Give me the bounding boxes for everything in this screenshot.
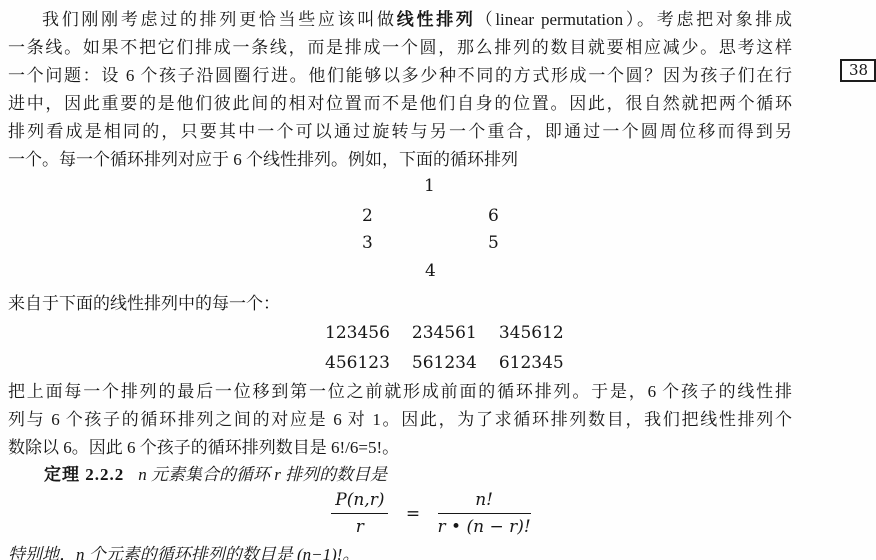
circle-position-top: 1 bbox=[424, 176, 435, 196]
theorem-label: 定理 2.2.2 bbox=[44, 465, 124, 484]
para1-line-6: 一个。每一个循环排列对应于 6 个线性排列。例如，下面的循环排列 bbox=[8, 146, 792, 174]
permutation-value: 123456 bbox=[325, 323, 390, 343]
circle-position-lower-left: 3 bbox=[362, 233, 373, 253]
para1-line-1: 我们刚刚考虑过的排列更恰当些应该叫做线性排列（linear permutatio… bbox=[8, 6, 792, 34]
circular-permutation-diagram: 1 2 6 3 5 4 bbox=[8, 174, 792, 290]
para1-line1-pre: 我们刚刚考虑过的排列更恰当些应该叫做 bbox=[42, 10, 397, 29]
formula-lhs-denominator: r bbox=[331, 514, 388, 537]
theorem-formula: P(n,r) r = n! r • (n − r)! bbox=[8, 490, 792, 542]
para2-line-1: 把上面每一个排列的最后一位移到第一位之前就形成前面的循环排列。于是，6 个孩子的… bbox=[8, 378, 792, 406]
theorem-statement: n 元素集合的循环 r 排列的数目是 bbox=[138, 465, 387, 484]
equals-sign: = bbox=[406, 504, 420, 524]
formula-lhs-fraction: P(n,r) r bbox=[331, 490, 388, 537]
text-column: 我们刚刚考虑过的排列更恰当些应该叫做线性排列（linear permutatio… bbox=[8, 6, 792, 560]
formula-lhs-numerator: P(n,r) bbox=[331, 490, 388, 514]
linear-permutations-list: 123456234561345612 456123561234612345 bbox=[325, 318, 792, 378]
permutation-value: 234561 bbox=[412, 323, 477, 343]
permutation-value: 612345 bbox=[499, 353, 564, 373]
para1-line-5: 排列看成是相同的，只要其中一个可以通过旋转与另一个重合，即通过一个圆周位移而得到… bbox=[8, 118, 792, 146]
formula-rhs-denominator: r • (n − r)! bbox=[438, 514, 531, 537]
circle-position-lower-right: 5 bbox=[488, 233, 499, 253]
para1-line-4: 进中，因此重要的是他们彼此间的相对位置而不是他们自身的位置。因此，很自然就把两个… bbox=[8, 90, 792, 118]
margin-page-marker: 38 bbox=[840, 59, 876, 82]
circle-position-upper-left: 2 bbox=[362, 206, 373, 226]
permutation-value: 561234 bbox=[412, 353, 477, 373]
para1-line-3: 一个问题：设 6 个孩子沿圆圈行进。他们能够以多少种不同的方式形成一个圆？因为孩… bbox=[8, 62, 792, 90]
closing-remark: 特别地，n 个元素的循环排列的数目是 (n−1)!。 bbox=[8, 542, 792, 560]
textbook-page: 38 我们刚刚考虑过的排列更恰当些应该叫做线性排列（linear permuta… bbox=[0, 0, 876, 560]
formula-rhs-fraction: n! r • (n − r)! bbox=[438, 490, 531, 537]
formula-rhs-numerator: n! bbox=[438, 490, 531, 514]
permutation-value: 345612 bbox=[499, 323, 564, 343]
lead-in-line: 来自于下面的线性排列中的每一个： bbox=[8, 290, 792, 318]
para1-line-2: 一条线。如果不把它们排成一条线，而是排成一个圆，那么排列的数目就要相应减少。思考… bbox=[8, 34, 792, 62]
permutation-value: 456123 bbox=[325, 353, 390, 373]
permutation-row-2: 456123561234612345 bbox=[325, 348, 792, 378]
para1-line1-post: （linear permutation）。考虑把对象排成 bbox=[476, 10, 792, 29]
term-linear-permutation: 线性排列 bbox=[397, 10, 476, 29]
circle-position-bottom: 4 bbox=[425, 261, 436, 281]
permutation-row-1: 123456234561345612 bbox=[325, 318, 792, 348]
theorem-line: 定理 2.2.2n 元素集合的循环 r 排列的数目是 bbox=[8, 462, 792, 488]
para2-line-3: 数除以 6。因此 6 个孩子的循环排列数目是 6!/6=5!。 bbox=[8, 434, 792, 462]
circle-position-upper-right: 6 bbox=[488, 206, 499, 226]
para2-line-2: 列与 6 个孩子的循环排列之间的对应是 6 对 1。因此，为了求循环排列数目，我… bbox=[8, 406, 792, 434]
